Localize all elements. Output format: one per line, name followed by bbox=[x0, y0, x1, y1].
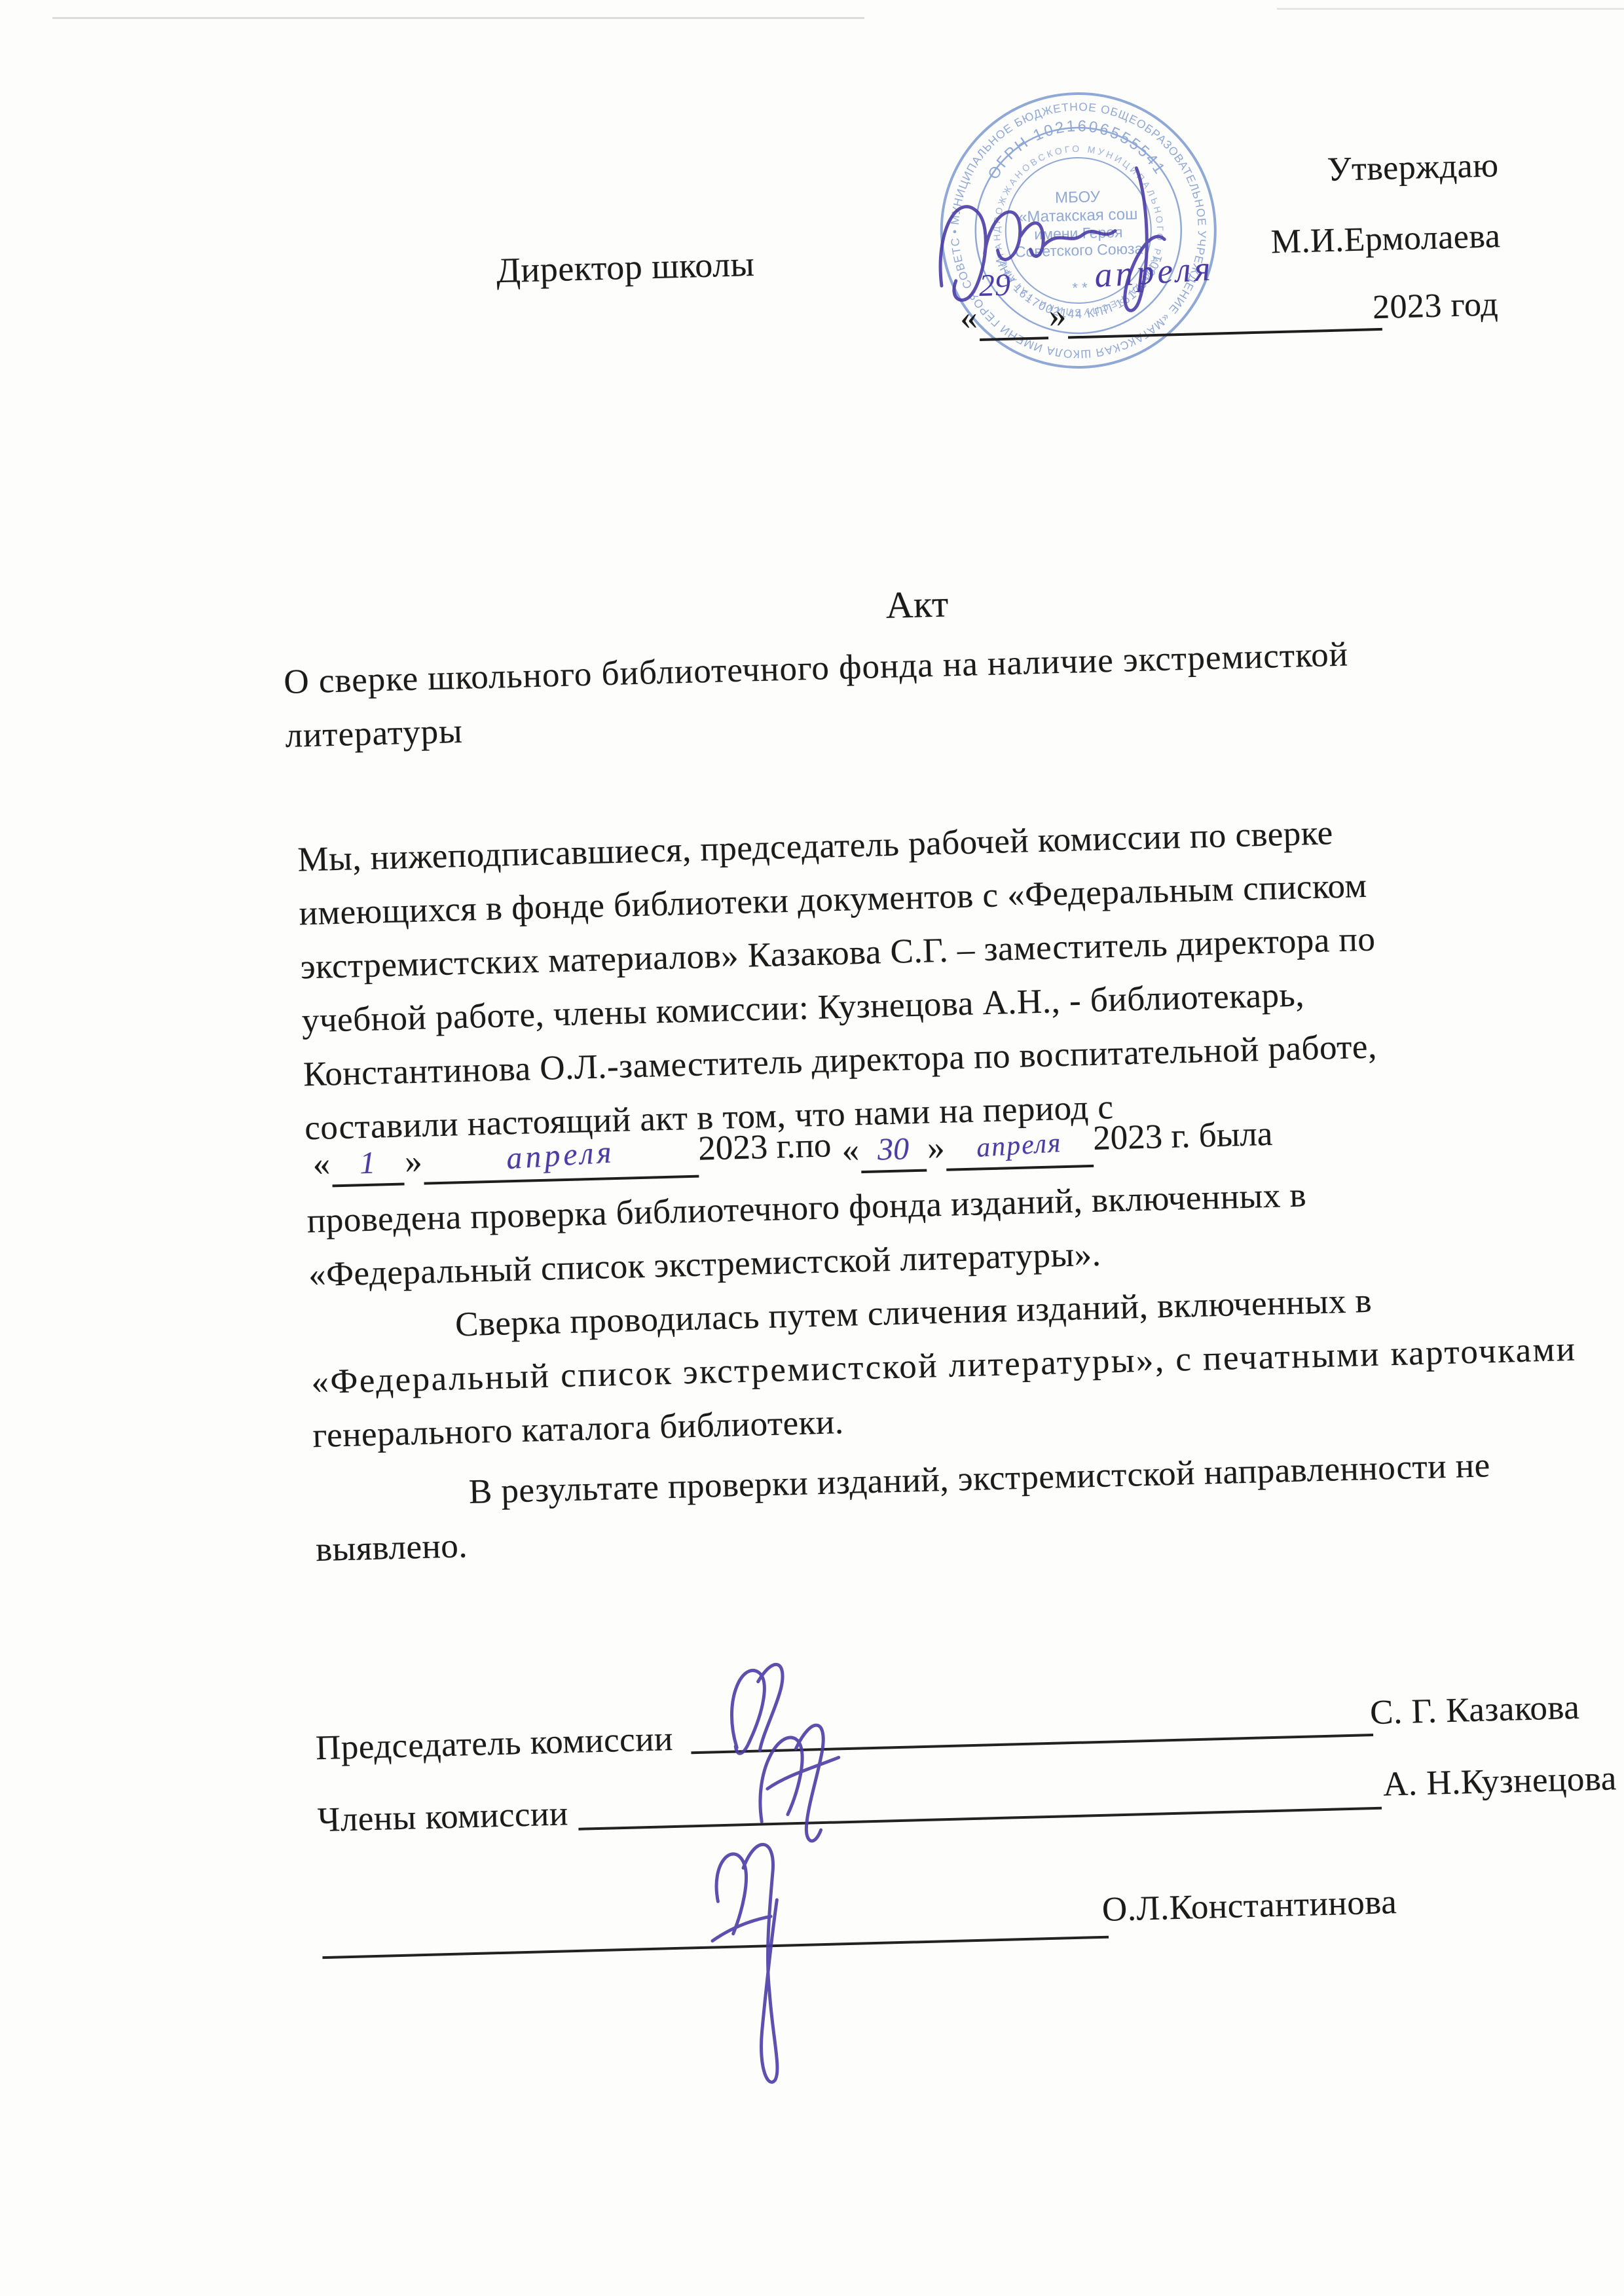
document-content: Директор школы • МУНИЦИПАЛЬНОЕ БЮДЖЕТНОЕ… bbox=[0, 0, 1624, 2295]
day2-blank: 30 bbox=[860, 1123, 927, 1174]
handwritten-month-1: апреля bbox=[506, 1134, 616, 1176]
director-label: Директор школы bbox=[496, 244, 755, 291]
open-quote: « bbox=[311, 1144, 332, 1188]
month1-blank: апреля bbox=[423, 1129, 699, 1185]
approve-year: 2023 год bbox=[1372, 285, 1498, 327]
open-quote: « bbox=[840, 1130, 861, 1174]
paragraph-1: Мы, нижеподписавшиеся, председатель рабо… bbox=[297, 805, 1380, 1156]
approve-label: Утверждаю bbox=[1327, 146, 1499, 189]
chairman-name: С. Г. Казакова bbox=[1369, 1688, 1580, 1732]
close-quote: » bbox=[925, 1128, 946, 1172]
open-quote: « bbox=[958, 298, 979, 342]
close-quote: » bbox=[403, 1142, 424, 1186]
document-subtitle: О сверке школьного библиотечного фонда н… bbox=[283, 619, 1350, 755]
chairman-label: Председатель комиссии bbox=[315, 1719, 673, 1768]
member2-name: О.Л.Константинова bbox=[1101, 1882, 1397, 1929]
handwritten-header-month: апреля bbox=[1093, 248, 1215, 296]
member1-name: А. Н.Кузнецова bbox=[1382, 1758, 1617, 1804]
header-date-line: « » bbox=[958, 282, 1382, 342]
handwritten-day-2: 30 bbox=[877, 1131, 909, 1167]
approver-name: М.И.Ермолаева bbox=[1270, 217, 1501, 261]
close-quote: » bbox=[1047, 296, 1068, 340]
paragraph-3: В результате проверки изданий, экстремис… bbox=[314, 1438, 1492, 1576]
handwritten-header-day: 29 bbox=[978, 267, 1010, 304]
month2-blank: апреля bbox=[946, 1119, 1094, 1171]
handwritten-day-1: 1 bbox=[359, 1145, 375, 1182]
paragraph-2: Сверка проводилась путем сличения издани… bbox=[309, 1269, 1578, 1463]
page-title: Акт bbox=[864, 581, 970, 628]
handwritten-month-2: апреля bbox=[976, 1127, 1063, 1164]
members-label: Члены комиссии bbox=[317, 1794, 568, 1840]
member2-signature-scribble bbox=[670, 1819, 847, 2099]
year-text-1: 2023 г.по bbox=[698, 1125, 832, 1177]
scanned-document-page: Директор школы • МУНИЦИПАЛЬНОЕ БЮДЖЕТНОЕ… bbox=[0, 0, 1624, 2296]
day1-blank: 1 bbox=[331, 1137, 404, 1187]
year-text-2: 2023 г. была bbox=[1092, 1114, 1273, 1167]
